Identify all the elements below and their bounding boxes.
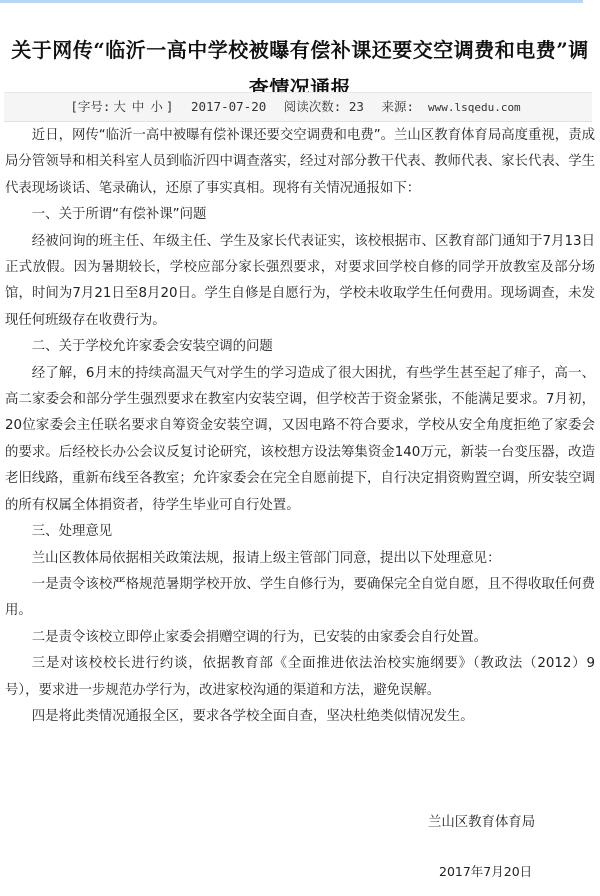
read-count-label: 阅读次数: bbox=[284, 99, 342, 114]
paragraph-measure-3: 三是对该校校长进行约谈，依据教育部《全面推进依法治校实施纲要》（教政法（2012… bbox=[5, 651, 595, 704]
paragraph-section-3-intro: 兰山区教体局依据相关政策法规，报请上级主管部门同意，提出以下处理意见： bbox=[5, 546, 595, 572]
font-size-large-button[interactable]: 大 bbox=[113, 99, 126, 114]
paragraph-section-2: 经了解，6月末的持续高温天气对学生的学习造成了很大困扰，有些学生甚至起了痱子，高… bbox=[5, 361, 595, 519]
font-size-control: [字号:大中小] bbox=[70, 99, 173, 114]
article-meta-bar: [字号:大中小] 2017-07-20 阅读次数: 23 来源:www.lsqe… bbox=[4, 92, 592, 122]
font-size-medium-button[interactable]: 中 bbox=[132, 99, 145, 114]
section-heading-3: 三、处理意见 bbox=[5, 519, 595, 545]
paragraph-section-1: 经被问询的班主任、年级主任、学生及家长代表证实，该校根据市、区教育部门通知于7月… bbox=[5, 229, 595, 335]
read-count: 阅读次数: 23 bbox=[284, 99, 364, 114]
font-size-small-button[interactable]: 小 bbox=[150, 99, 163, 114]
article-body: 近日，网传“临沂一高中被曝有偿补课还要交空调费和电费”。兰山区教育体育局高度重视… bbox=[5, 123, 595, 730]
section-heading-2: 二、关于学校允许家委会安装空调的问题 bbox=[5, 334, 595, 360]
publish-date: 2017-07-20 bbox=[191, 99, 266, 114]
top-border bbox=[0, 0, 583, 3]
paragraph-measure-4: 四是将此类情况通报全区，要求各学校全面自查，坚决杜绝类似情况发生。 bbox=[5, 704, 595, 730]
signature-date: 2017年7月20日 bbox=[439, 862, 532, 880]
source-value: www.lsqedu.com bbox=[428, 101, 521, 114]
paragraph-measure-1: 一是责令该校严格规范暑期学校开放、学生自修行为，要确保完全自觉自愿，且不得收取任… bbox=[5, 572, 595, 625]
signature: 兰山区教育体育局 bbox=[428, 811, 535, 830]
paragraph-measure-2: 二是责令该校立即停止家委会捐赠空调的行为，已安装的由家委会自行处置。 bbox=[5, 625, 595, 651]
source: 来源:www.lsqedu.com bbox=[381, 99, 525, 114]
font-size-close: ] bbox=[166, 99, 174, 114]
paragraph-intro: 近日，网传“临沂一高中被曝有偿补课还要交空调费和电费”。兰山区教育体育局高度重视… bbox=[5, 123, 595, 202]
section-heading-1: 一、关于所谓“有偿补课”问题 bbox=[5, 202, 595, 228]
read-count-value: 23 bbox=[349, 99, 364, 114]
font-size-label: [字号: bbox=[70, 99, 110, 114]
source-label: 来源: bbox=[381, 99, 414, 114]
